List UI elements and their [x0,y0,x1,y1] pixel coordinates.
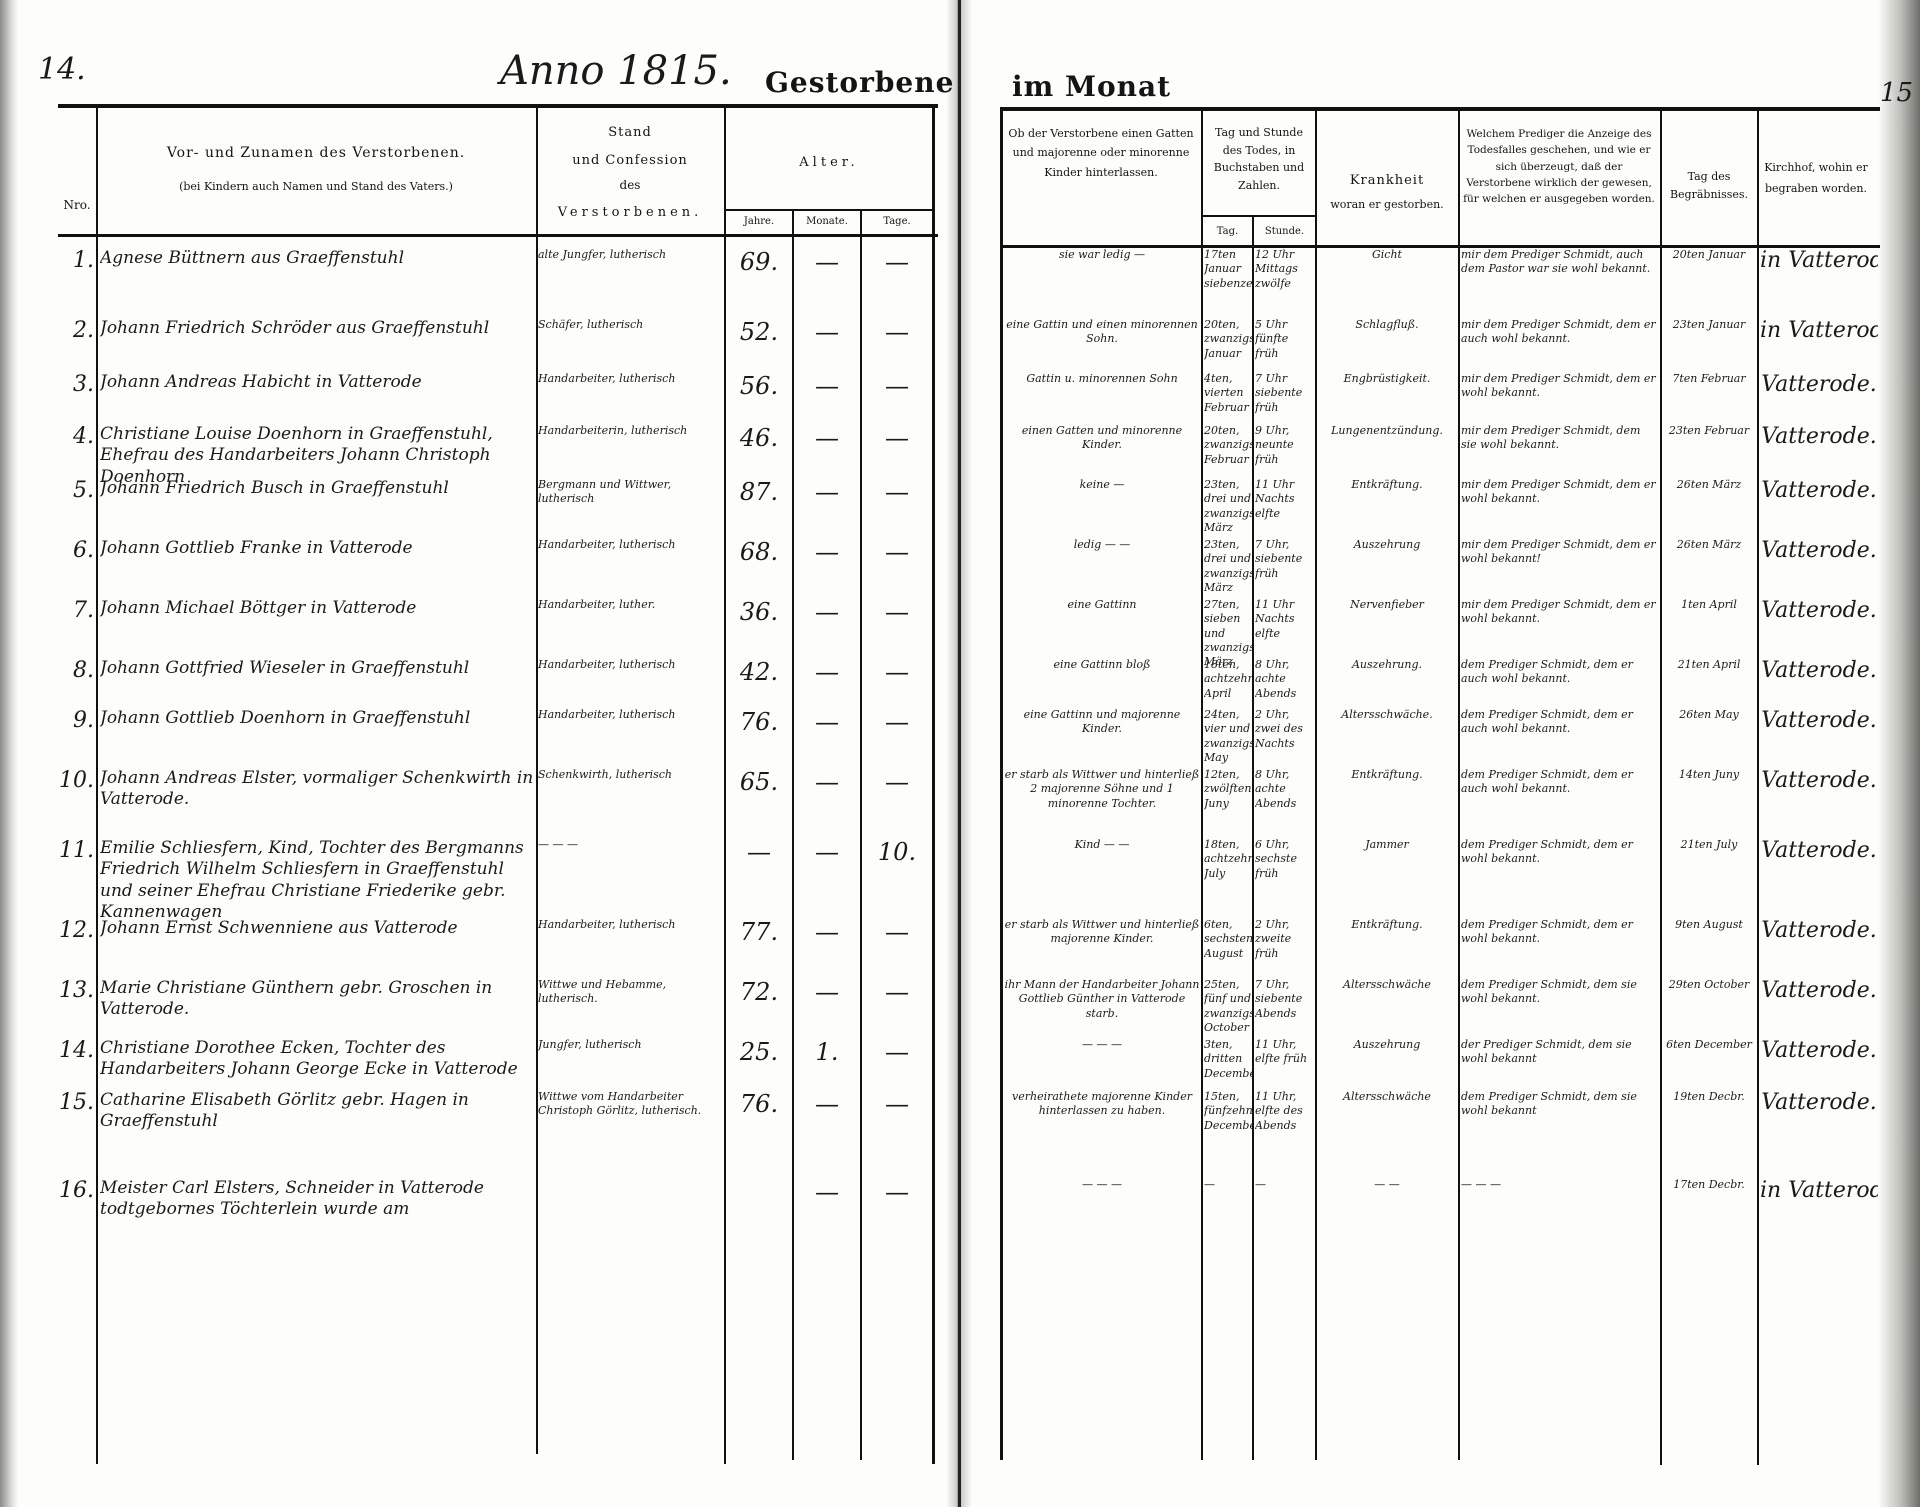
cell-begraben: 1ten April [1662,598,1756,612]
header-kirchhof: Kirchhof, wohin er begraben worden. [1760,158,1872,200]
cell-kirchhof: Vatterode. [1760,658,1878,684]
cell-prediger: dem Prediger Schmidt, dem er auch wohl b… [1461,658,1657,687]
cell-stand: Handarbeiterin, lutherisch [538,424,724,438]
cell-stand: Handarbeiter, lutherisch [538,708,724,722]
header-alter: Alter. [728,152,930,173]
cell-prediger: mir dem Prediger Schmidt, dem er auch wo… [1461,318,1657,347]
cell-jahre: 56. [726,372,792,401]
cell-stunde: 9 Uhr, neunte früh [1255,424,1313,467]
cell-survivors: — — — [1004,1178,1200,1192]
cell-tage: — [862,708,932,737]
cell-survivors: einen Gatten und minorenne Kinder. [1004,424,1200,453]
cell-jahre: 52. [726,318,792,347]
cell-begraben: 26ten März [1662,538,1756,552]
cell-stunde: 11 Uhr, elfte früh [1255,1038,1313,1067]
cell-begraben: 7ten Februar [1662,372,1756,386]
cell-kirchhof: Vatterode. [1760,538,1878,564]
cell-name: Catharine Elisabeth Görlitz gebr. Hagen … [100,1090,534,1133]
cell-prediger: mir dem Prediger Schmidt, dem er wohl be… [1461,478,1657,507]
cell-prediger: dem Prediger Schmidt, dem sie wohl bekan… [1461,1090,1657,1119]
cell-tage: — [862,372,932,401]
cell-prediger: der Prediger Schmidt, dem sie wohl bekan… [1461,1038,1657,1067]
cell-kirchhof: Vatterode. [1760,1038,1878,1064]
cell-kirchhof: Vatterode. [1760,598,1878,624]
register-title-right: im Monat [1012,70,1171,103]
cell-name: Agnese Büttnern aus Graeffenstuhl [100,248,534,269]
cell-krankheit: Gicht [1318,248,1456,262]
cell-name: Johann Michael Böttger in Vatterode [100,598,534,619]
cell-stand: — — — [538,838,724,852]
cell-jahre: 46. [726,424,792,453]
cell-name: Emilie Schliesfern, Kind, Tochter des Be… [100,838,534,923]
cell-jahre: 72. [726,978,792,1007]
cell-jahre: 69. [726,248,792,277]
cell-tage: — [862,1090,932,1119]
cell-nro: 13. [56,978,94,1004]
cell-stunde: 2 Uhr, zwei des Nachts [1255,708,1313,751]
cell-begraben: 26ten May [1662,708,1756,722]
cell-krankheit: Auszehrung [1318,538,1456,552]
cell-stunde: 12 Uhr Mittags zwölfe [1255,248,1313,291]
cell-tag: 18ten, achtzehnten July [1204,838,1252,881]
cell-stunde: 2 Uhr, zweite früh [1255,918,1313,961]
cell-begraben: 26ten März [1662,478,1756,492]
cell-monate: — [794,708,860,737]
cell-nro: 9. [56,708,94,734]
cell-tag: 6ten, sechsten August [1204,918,1252,961]
cell-monate: — [794,478,860,507]
cell-krankheit: Auszehrung [1318,1038,1456,1052]
death-time-subheader-rule [1203,215,1315,217]
cell-monate: 1. [794,1038,860,1067]
cell-tag: 4ten, vierten Februar [1204,372,1252,415]
header-prediger: Welchem Prediger die Anzeige des Todesfa… [1462,126,1656,207]
cell-tag: 20ten, zwanzigsten Januar [1204,318,1252,361]
cell-stunde: 8 Uhr, achte Abends [1255,768,1313,811]
header-monate: Monate. [794,214,860,231]
right-page-edge-shadow [1878,0,1920,1507]
cell-jahre: 36. [726,598,792,627]
cell-stand: Jungfer, lutherisch [538,1038,724,1052]
cell-tage: — [862,424,932,453]
cell-monate: — [794,424,860,453]
col-line [1000,110,1003,1460]
cell-monate: — [794,768,860,797]
cell-survivors: verheirathete majorenne Kinder hinterlas… [1004,1090,1200,1119]
cell-kirchhof: Vatterode. [1760,768,1878,794]
cell-jahre: 76. [726,1090,792,1119]
cell-begraben: 17ten Decbr. [1662,1178,1756,1192]
cell-jahre: 76. [726,708,792,737]
header-jahre: Jahre. [726,214,792,231]
cell-tag: 17ten Januar siebenzehnten [1204,248,1252,291]
col-line [1252,215,1254,1460]
cell-begraben: 23ten Februar [1662,424,1756,438]
col-line [1315,110,1317,1460]
cell-name: Johann Ernst Schwenniene aus Vatterode [100,918,534,939]
header-nro: Nro. [58,196,96,216]
cell-stand: Handarbeiter, lutherisch [538,538,724,552]
cell-krankheit: Altersschwäche [1318,978,1456,992]
cell-tage: — [862,478,932,507]
cell-begraben: 29ten October [1662,978,1756,992]
cell-jahre: — [726,838,792,867]
cell-stunde: 7 Uhr siebente früh [1255,372,1313,415]
cell-prediger: mir dem Prediger Schmidt, dem er wohl be… [1461,598,1657,627]
cell-survivors: er starb als Wittwer und hinterließ 2 ma… [1004,768,1200,811]
cell-survivors: Kind — — [1004,838,1200,852]
cell-nro: 7. [56,598,94,624]
cell-kirchhof: in Vatterode. [1760,318,1878,344]
cell-monate: — [794,372,860,401]
cell-monate: — [794,318,860,347]
header-survivors: Ob der Verstorbene einen Gatten und majo… [1006,124,1196,182]
cell-survivors: Gattin u. minorennen Sohn [1004,372,1200,386]
cell-begraben: 6ten December [1662,1038,1756,1052]
cell-survivors: ledig — — [1004,538,1200,552]
left-page-edge-shadow [0,0,18,1507]
cell-name: Johann Andreas Habicht in Vatterode [100,372,534,393]
cell-begraben: 21ten July [1662,838,1756,852]
cell-stand: Handarbeiter, lutherisch [538,918,724,932]
header-stand-4: Verstorbenen. [540,202,720,223]
col-line [1660,110,1662,1465]
cell-tage: — [862,598,932,627]
cell-begraben: 9ten August [1662,918,1756,932]
cell-prediger: dem Prediger Schmidt, dem er auch wohl b… [1461,768,1657,797]
cell-begraben: 23ten Januar [1662,318,1756,332]
cell-stand: Wittwe vom Handarbeiter Christoph Görlit… [538,1090,724,1119]
cell-monate: — [794,1178,860,1207]
cell-begraben: 14ten Juny [1662,768,1756,782]
cell-begraben: 20ten Januar [1662,248,1756,262]
cell-tag: 3ten, dritten December [1204,1038,1252,1081]
cell-tag: 23ten, drei und zwanzigsten März [1204,478,1252,535]
cell-jahre: 87. [726,478,792,507]
left-table-top-rule [58,104,938,108]
cell-jahre: 77. [726,918,792,947]
header-stand-1: Stand [540,122,720,143]
cell-prediger: dem Prediger Schmidt, dem er wohl bekann… [1461,918,1657,947]
cell-kirchhof: Vatterode. [1760,1090,1878,1116]
cell-tag: 15ten, fünfzehnten December [1204,1090,1252,1133]
cell-krankheit: Altersschwäche. [1318,708,1456,722]
cell-survivors: ihr Mann der Handarbeiter Johann Gottlie… [1004,978,1200,1021]
cell-tag: 12ten, zwölften Juny [1204,768,1252,811]
cell-monate: — [794,248,860,277]
cell-stand: Wittwe und Hebamme, lutherisch. [538,978,724,1007]
cell-kirchhof: Vatterode. [1760,478,1878,504]
header-name-sub: (bei Kindern auch Namen und Stand des Va… [100,178,532,196]
cell-kirchhof: in Vatterode. [1760,248,1878,274]
cell-prediger: mir dem Prediger Schmidt, dem er wohl be… [1461,538,1657,567]
cell-name: Johann Gottlieb Doenhorn in Graeffenstuh… [100,708,534,729]
cell-jahre: 25. [726,1038,792,1067]
cell-kirchhof: Vatterode. [1760,838,1878,864]
cell-survivors: eine Gattinn bloß [1004,658,1200,672]
cell-stunde: 7 Uhr, siebente Abends [1255,978,1313,1021]
cell-monate: — [794,918,860,947]
cell-survivors: eine Gattinn [1004,598,1200,612]
cell-monate: — [794,598,860,627]
cell-krankheit: Entkräftung. [1318,478,1456,492]
cell-nro: 11. [56,838,94,864]
cell-tag: 20ten, zwanzigsten Februar [1204,424,1252,467]
cell-survivors: — — — [1004,1038,1200,1052]
cell-tage: — [862,538,932,567]
cell-monate: — [794,978,860,1007]
cell-prediger: dem Prediger Schmidt, dem er wohl bekann… [1461,838,1657,867]
cell-tage: — [862,658,932,687]
header-krankheit-sub: woran er gestorben. [1318,196,1456,214]
cell-nro: 10. [56,768,94,794]
cell-nro: 5. [56,478,94,504]
cell-name: Johann Andreas Elster, vormaliger Schenk… [100,768,534,811]
header-death-stunde: Stunde. [1254,224,1315,241]
page-number-left: 14. [38,52,86,87]
cell-monate: — [794,658,860,687]
header-death-tag: Tag. [1203,224,1252,241]
cell-name: Johann Gottlieb Franke in Vatterode [100,538,534,559]
alter-subheader-rule [725,209,933,211]
cell-name: Christiane Dorothee Ecken, Tochter des H… [100,1038,534,1081]
cell-stand: alte Jungfer, lutherisch [538,248,724,262]
cell-kirchhof: Vatterode. [1760,708,1878,734]
cell-stunde: 11 Uhr Nachts elfte [1255,598,1313,641]
cell-nro: 1. [56,248,94,274]
cell-prediger: dem Prediger Schmidt, dem sie wohl bekan… [1461,978,1657,1007]
cell-begraben: 21ten April [1662,658,1756,672]
cell-stand: Handarbeiter, lutherisch [538,658,724,672]
cell-tag: 18ten, achtzehnten April [1204,658,1252,701]
col-line [932,104,935,1464]
cell-tag: 24ten, vier und zwanzigsten May [1204,708,1252,765]
header-death-time: Tag und Stunde des Todes, in Buchstaben … [1205,124,1313,194]
cell-stunde: — [1255,1178,1313,1192]
cell-name: Johann Friedrich Schröder aus Graeffenst… [100,318,534,339]
cell-tag: 23ten, drei und zwanzigsten März [1204,538,1252,595]
cell-jahre: 68. [726,538,792,567]
cell-tage: — [862,978,932,1007]
cell-tag: — [1204,1178,1252,1192]
cell-krankheit: Entkräftung. [1318,768,1456,782]
cell-nro: 15. [56,1090,94,1116]
cell-jahre: 42. [726,658,792,687]
cell-stunde: 7 Uhr, siebente früh [1255,538,1313,581]
year-heading: Anno 1815. [500,48,732,94]
cell-krankheit: Engbrüstigkeit. [1318,372,1456,386]
cell-survivors: eine Gattinn und majorenne Kinder. [1004,708,1200,737]
cell-tage: 10. [862,838,932,867]
cell-monate: — [794,1090,860,1119]
cell-stunde: 6 Uhr, sechste früh [1255,838,1313,881]
header-stand-2: und Confession [540,150,720,171]
col-line [1201,110,1203,1460]
cell-krankheit: Entkräftung. [1318,918,1456,932]
cell-name: Marie Christiane Günthern gebr. Groschen… [100,978,534,1021]
cell-kirchhof: Vatterode. [1760,372,1878,398]
cell-stunde: 5 Uhr fünfte früh [1255,318,1313,361]
cell-tage: — [862,918,932,947]
cell-krankheit: — — [1318,1178,1456,1192]
cell-name: Johann Friedrich Busch in Graeffenstuhl [100,478,534,499]
header-begraebnis: Tag des Begräbnisses. [1662,168,1756,204]
cell-stand: Schäfer, lutherisch [538,318,724,332]
cell-krankheit: Schlagfluß. [1318,318,1456,332]
cell-begraben: 19ten Decbr. [1662,1090,1756,1104]
cell-tage: — [862,1038,932,1067]
left-header-bottom-rule [58,234,938,237]
cell-stand: Handarbeiter, luther. [538,598,724,612]
cell-prediger: mir dem Prediger Schmidt, auch dem Pasto… [1461,248,1657,277]
cell-prediger: mir dem Prediger Schmidt, dem sie wohl b… [1461,424,1657,453]
cell-jahre: 65. [726,768,792,797]
cell-krankheit: Lungenentzündung. [1318,424,1456,438]
gutter-line [958,0,961,1507]
cell-survivors: sie war ledig — [1004,248,1200,262]
cell-kirchhof: in Vatterode beerdigt. [1760,1178,1878,1204]
cell-krankheit: Altersschwäche [1318,1090,1456,1104]
cell-survivors: keine — [1004,478,1200,492]
cell-monate: — [794,538,860,567]
cell-nro: 2. [56,318,94,344]
cell-prediger: mir dem Prediger Schmidt, dem er wohl be… [1461,372,1657,401]
cell-nro: 12. [56,918,94,944]
cell-prediger: dem Prediger Schmidt, dem er auch wohl b… [1461,708,1657,737]
cell-nro: 6. [56,538,94,564]
cell-nro: 16. [56,1178,94,1204]
col-line [96,104,98,1464]
cell-nro: 4. [56,424,94,450]
header-tage: Tage. [862,214,932,231]
cell-tage: — [862,248,932,277]
cell-krankheit: Auszehrung. [1318,658,1456,672]
col-line [1757,110,1759,1465]
cell-kirchhof: Vatterode. [1760,918,1878,944]
cell-survivors: eine Gattin und einen minorennen Sohn. [1004,318,1200,347]
register-title-left: Gestorbene [765,66,954,99]
cell-stand: Bergmann und Wittwer, lutherisch [538,478,724,507]
cell-monate: — [794,838,860,867]
right-table-top-rule [1000,107,1880,111]
cell-name: Johann Gottfried Wieseler in Graeffenstu… [100,658,534,679]
cell-tag: 25ten, fünf und zwanzigsten October [1204,978,1252,1035]
cell-nro: 3. [56,372,94,398]
cell-prediger: — — — [1461,1178,1657,1192]
cell-tage: — [862,318,932,347]
cell-kirchhof: Vatterode. [1760,978,1878,1004]
cell-kirchhof: Vatterode. [1760,424,1878,450]
header-krankheit: Krankheit [1318,170,1456,191]
cell-tage: — [862,768,932,797]
cell-tage: — [862,1178,932,1207]
col-line [1458,110,1460,1460]
cell-nro: 8. [56,658,94,684]
cell-stunde: 11 Uhr Nachts elfte [1255,478,1313,521]
cell-nro: 14. [56,1038,94,1064]
cell-stand: Handarbeiter, lutherisch [538,372,724,386]
header-name: Vor- und Zunamen des Verstorbenen. [100,142,532,165]
cell-stunde: 8 Uhr, achte Abends [1255,658,1313,701]
cell-krankheit: Nervenfieber [1318,598,1456,612]
page-number-right: 15 [1880,78,1913,108]
cell-stunde: 11 Uhr, elfte des Abends [1255,1090,1313,1133]
cell-stand: Schenkwirth, lutherisch [538,768,724,782]
cell-survivors: er starb als Wittwer und hinterließ majo… [1004,918,1200,947]
cell-name: Meister Carl Elsters, Schneider in Vatte… [100,1178,534,1221]
cell-krankheit: Jammer [1318,838,1456,852]
header-stand-3: des [540,176,720,196]
